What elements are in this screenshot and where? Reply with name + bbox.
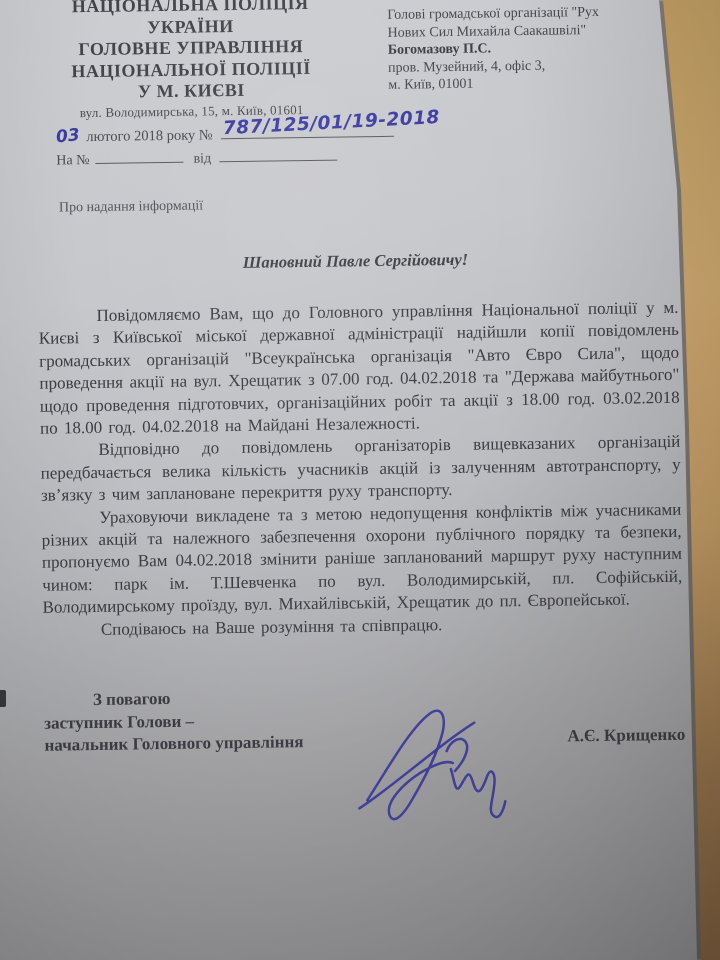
subject-line: Про надання інформації [59, 198, 203, 216]
date-printed-text: лютого 2018 року № [86, 127, 213, 145]
date-number-line: 03 лютого 2018 року № 787/125/01/19-2018 [56, 117, 476, 149]
letter-content: НАЦІОНАЛЬНА ПОЛІЦІЯ УКРАЇНИ ГОЛОВНЕ УПРА… [0, 0, 720, 960]
body-paragraph-3: Ураховуючи викладене та з метою недопуще… [41, 498, 683, 619]
handwritten-day: 03 [55, 125, 81, 147]
ref-na-label: На № [56, 153, 89, 168]
letterhead-org-name: НАЦІОНАЛЬНА ПОЛІЦІЯ УКРАЇНИ ГОЛОВНЕ УПРА… [0, 0, 388, 105]
ref-vid-label: від [193, 151, 211, 166]
recipient-address: м. Київ, 01001 [388, 73, 680, 95]
signature-block: З повагою заступник Голови – начальник Г… [44, 686, 304, 757]
signature-ink [346, 696, 518, 848]
reference-line: На №від [56, 146, 337, 170]
document-photo: НАЦІОНАЛЬНА ПОЛІЦІЯ УКРАЇНИ ГОЛОВНЕ УПРА… [0, 0, 720, 960]
salutation: Шановний Павле Сергійовичу! [243, 250, 469, 273]
recipient-block: Голові громадської організації "Рух Нови… [387, 3, 680, 95]
ref-vid-underline [219, 146, 337, 163]
letter-body: Повідомляємо Вам, що до Головного управл… [38, 297, 683, 642]
body-paragraph-2: Відповідно до повідомлень організаторів … [40, 431, 681, 507]
signer-name: А.Є. Крищенко [567, 725, 685, 747]
ref-na-underline [95, 148, 183, 164]
doc-number-underline: 787/125/01/19-2018 [221, 118, 394, 139]
photo-edge-smudge [0, 690, 6, 707]
signer-title-line2: начальник Головного управління [44, 731, 303, 757]
body-paragraph-1: Повідомляємо Вам, що до Головного управл… [38, 297, 680, 440]
